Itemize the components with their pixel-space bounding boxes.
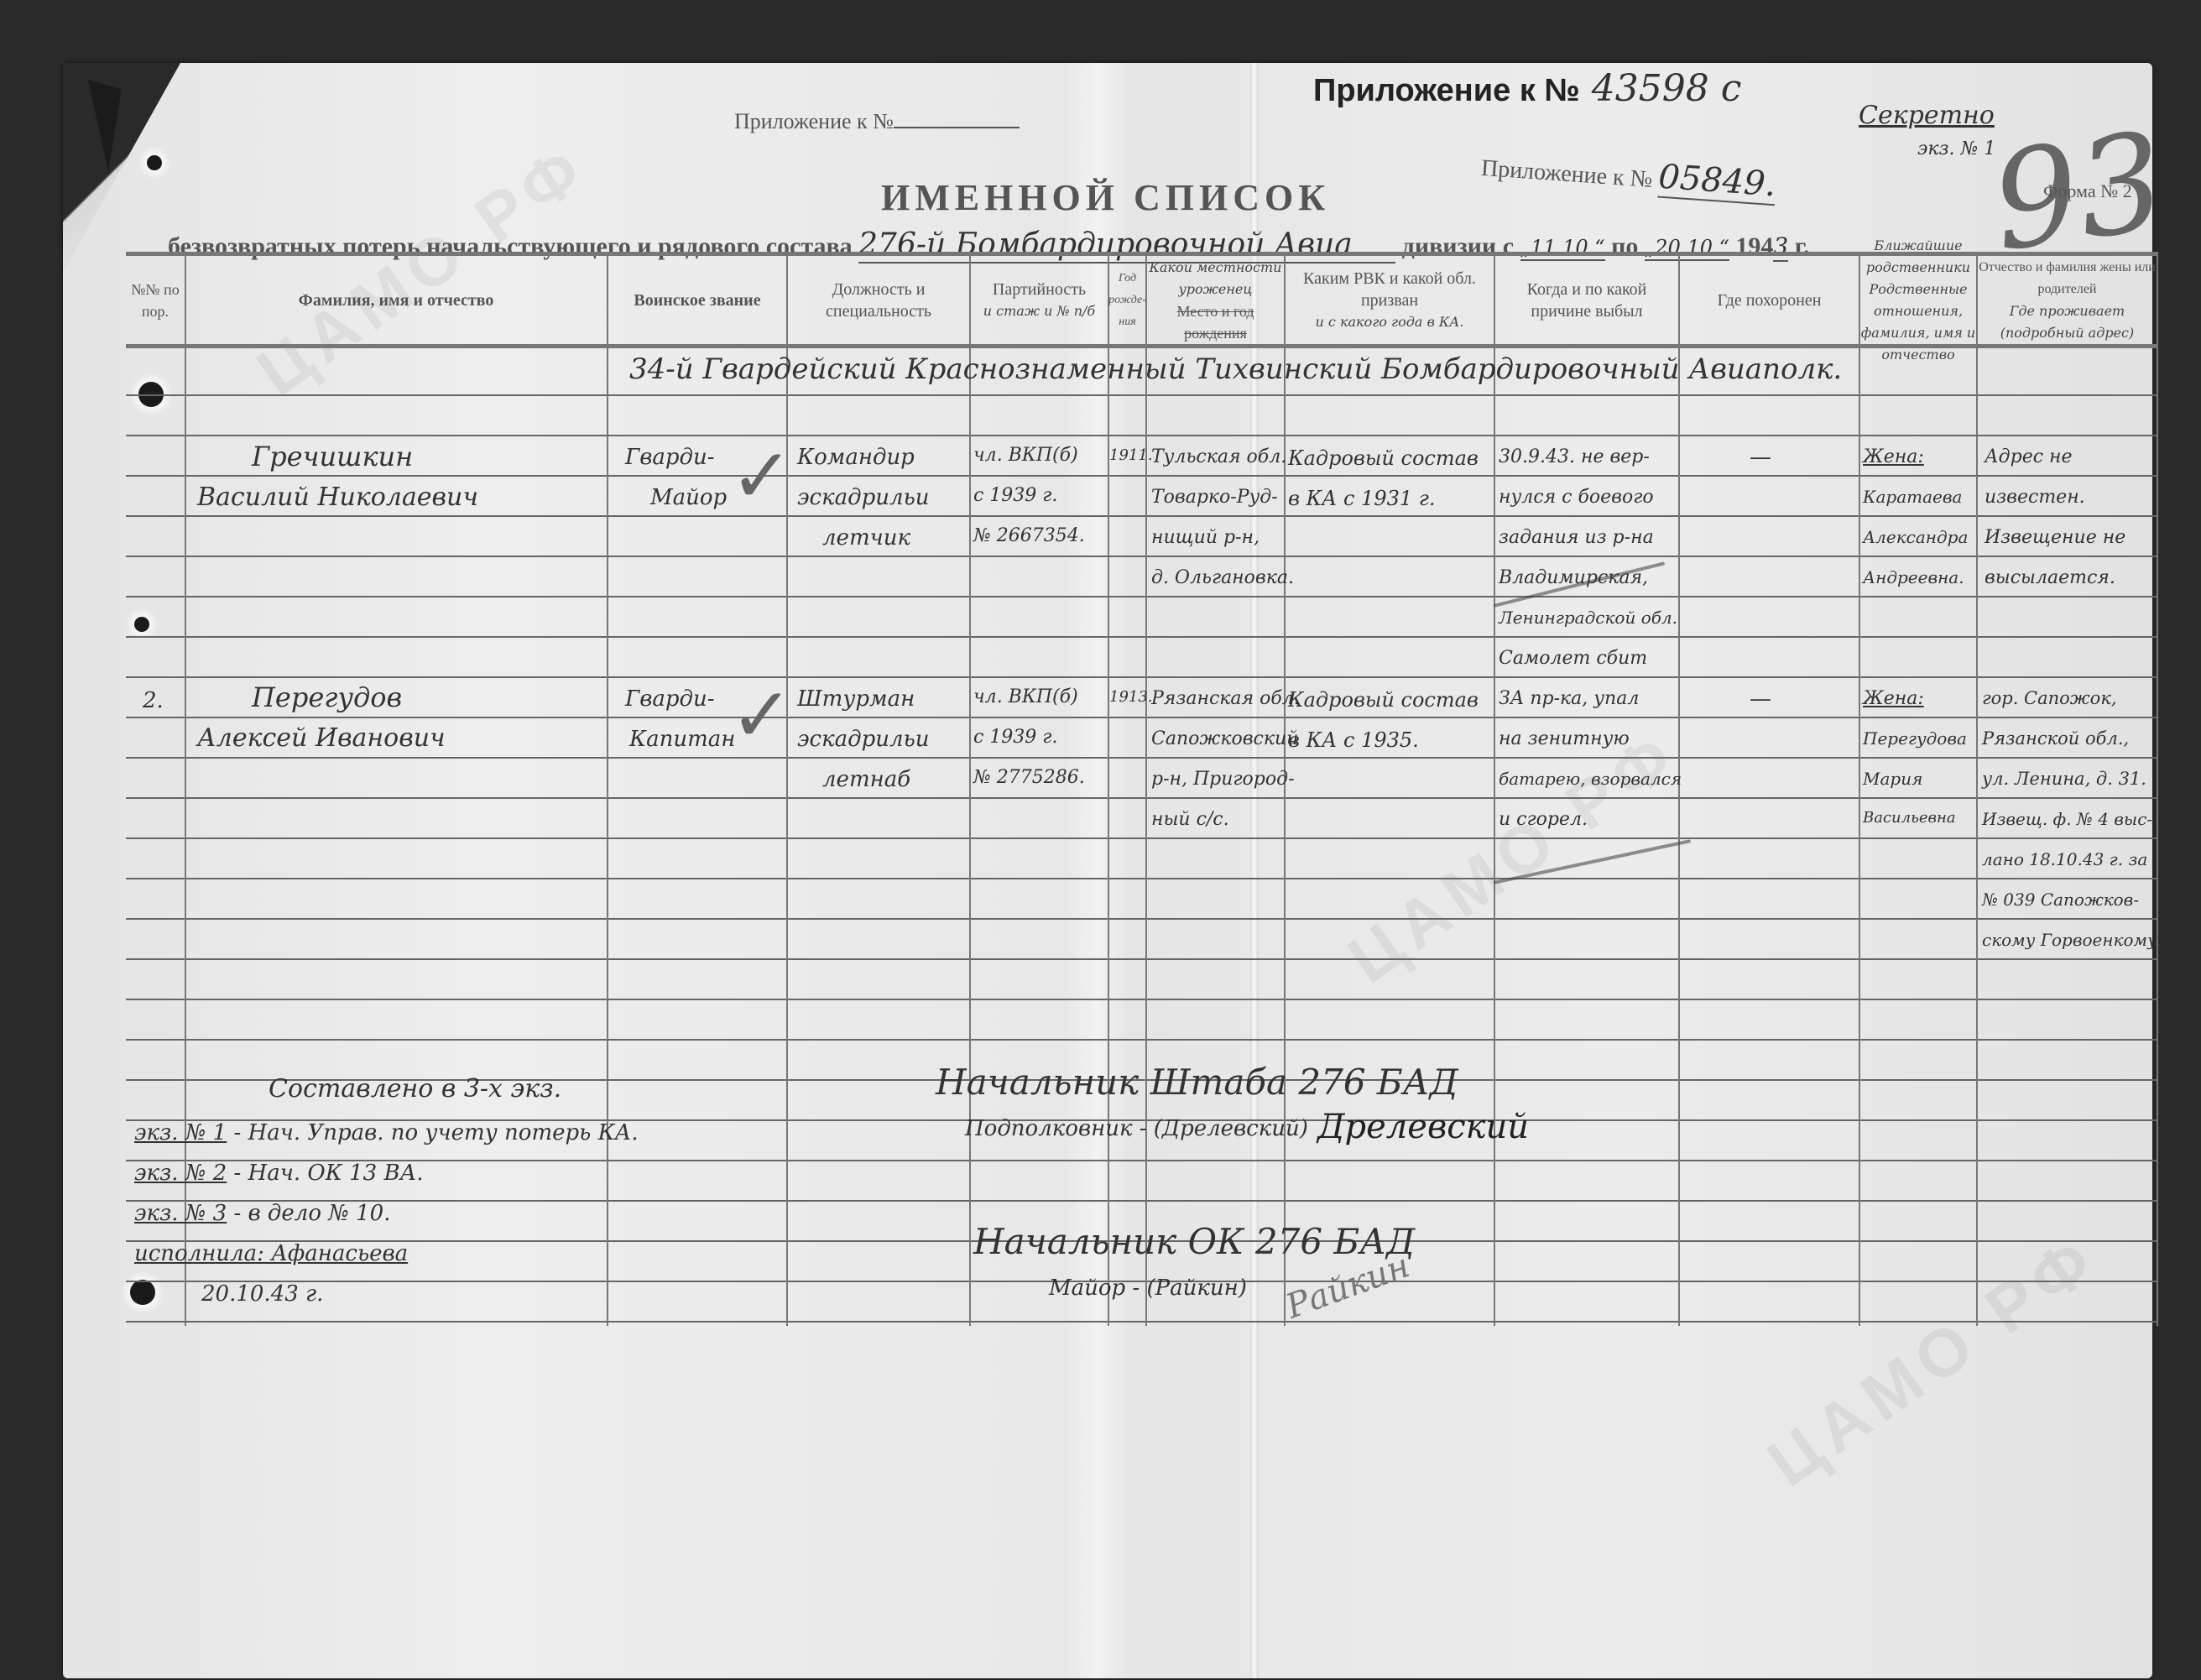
record-rank-2: Капитан [629, 727, 735, 752]
record-address-4: Извещ. ф. № 4 выс- [1982, 809, 2152, 829]
record-reason-2: ЗА пр-ка, упал [1499, 688, 1639, 709]
copies-title: Составлено в 3-х экз. [269, 1074, 561, 1103]
record-relative-3: Мария [1863, 769, 1922, 789]
record-position-3: летчик [822, 525, 910, 550]
copy-line-1: экз. № 1 - Нач. Управ. по учету потерь К… [134, 1120, 639, 1145]
col-name: Фамилия, имя и отчество [186, 256, 606, 344]
record-address-3: Извещение не [1985, 527, 2125, 548]
col-relative: Ближайшие родственники Родственные отнош… [1860, 256, 1976, 344]
annex-stamp: Приложение к № 43598 с [1313, 67, 1741, 110]
secret-mark: Секретно [1859, 101, 1995, 130]
folded-corner [63, 63, 180, 273]
record-relative-2: Перегудова [1863, 728, 1967, 749]
record-drafted-1: Кадровый состав [1288, 446, 1479, 470]
signature-block-2-title: Начальник ОК 276 БАД [973, 1221, 1415, 1262]
checkmark-icon: ✓ [730, 671, 793, 759]
col-birthplace: Какой местности уроженец Место и год рож… [1147, 256, 1284, 344]
record-birth-year: 1913. [1109, 688, 1153, 706]
record-address-1: Адрес не [1985, 446, 2073, 467]
record-address-2: известен. [1985, 487, 2085, 508]
record-address-2: Рязанской обл., [1982, 728, 2129, 749]
record-birthplace-3: р-н, Пригород- [1151, 769, 1295, 790]
record-number: 2. [143, 688, 164, 713]
record-rank-2: Майор [650, 485, 727, 510]
record-address-3: ул. Ленина, д. 31. [1982, 769, 2146, 789]
col-drafted: Каким РВК и какой обл. призван и с каког… [1286, 256, 1494, 344]
record-reason-1: Самолет сбит [1499, 648, 1647, 669]
checkmark-icon: ✓ [730, 432, 793, 520]
annex-printed: Приложение к № [734, 109, 1020, 134]
record-position-2: эскадрильи [797, 727, 929, 752]
executor: исполнила: Афанасьева [134, 1241, 408, 1266]
record-birthplace-1: Тульская обл. [1151, 446, 1286, 467]
record-address-1: гор. Сапожок, [1982, 688, 2117, 708]
col-number: №№ по пор. [126, 256, 185, 344]
record-address-7: скому Горвоенкому. [1982, 930, 2162, 950]
col-rank: Воинское звание [608, 256, 786, 344]
col-buried: Где похоронен [1680, 256, 1859, 344]
col-address: Отчество и фамилия жены или родителей Гд… [1978, 256, 2157, 344]
record-position-2: эскадрильи [797, 485, 929, 510]
executor-date: 20.10.43 г. [201, 1281, 323, 1307]
copy-number: экз. № 1 [1917, 138, 1995, 159]
record-drafted-2: в КА с 1935. [1288, 728, 1419, 752]
record-address-4: высылается. [1985, 567, 2115, 588]
col-party: Партийность и стаж и № п/б [971, 256, 1108, 344]
record-address-5: лано 18.10.43 г. за [1982, 849, 2147, 869]
record-birthplace-2: Сапожковский [1151, 728, 1298, 749]
record-relative-1: Жена: [1863, 688, 1924, 709]
col-birth-year: Год рожде-ния [1109, 256, 1145, 344]
record-position-3: летнаб [822, 767, 910, 792]
record-party-1: чл. ВКП(б) [973, 686, 1078, 707]
record-party-2: с 1939 г. [973, 727, 1057, 748]
record-birthplace-1: Рязанская обл. [1151, 688, 1300, 709]
record-birthplace-3: нищий р-н, [1151, 527, 1260, 548]
record-relative-4: Васильевна [1863, 809, 1956, 827]
record-surname: Гречишкин [252, 441, 413, 472]
record-relative-2: Каратаева [1863, 487, 1962, 507]
record-buried: — [1750, 445, 1771, 470]
record-birth-year: 1911. [1109, 446, 1153, 464]
record-drafted-1: Кадровый состав [1288, 688, 1479, 712]
signature-1: Дрелевский [1317, 1108, 1529, 1146]
col-reason: Когда и по какой причине выбыл [1495, 256, 1678, 344]
regiment-row: 34-й Гвардейский Краснознаменный Тихвинс… [629, 352, 1842, 386]
record-reason-5: Ленинградской обл. [1499, 608, 1677, 628]
record-birthplace-4: д. Ольгановка. [1151, 567, 1294, 588]
record-party-3: № 2667354. [973, 525, 1085, 546]
document-sheet: ЦАМО РФ ЦАМО РФ ЦАМО РФ Приложение к № П… [63, 63, 2152, 1678]
document-title: ИМЕННОЙ СПИСОК [881, 176, 1330, 219]
record-given-names: Василий Николаевич [197, 483, 478, 512]
form-number: Форма № 2 [2043, 180, 2132, 202]
record-position-1: Командир [797, 445, 915, 470]
record-drafted-2: в КА с 1931 г. [1288, 487, 1436, 510]
record-given-names: Алексей Иванович [197, 723, 446, 753]
punch-hole [147, 155, 162, 170]
record-reason-3: задания из р-на [1499, 527, 1654, 548]
record-reason-3: на зенитную [1499, 728, 1630, 749]
record-birthplace-4: ный с/с. [1151, 809, 1229, 830]
record-relative-3: Александра [1863, 527, 1968, 547]
record-rank-1: Гварди- [625, 445, 715, 470]
record-party-3: № 2775286. [973, 767, 1085, 788]
record-reason-2: нулся с боевого [1499, 487, 1654, 508]
copy-line-2: экз. № 2 - Нач. ОК 13 ВА. [134, 1161, 424, 1186]
col-position: Должность и специальность [788, 256, 969, 344]
record-address-6: № 039 Сапожков- [1982, 890, 2139, 910]
signature-block-1-name: Подполковник - (Дрелевский) [965, 1116, 1308, 1141]
record-reason-5: и сгорел. [1499, 809, 1588, 830]
record-party-1: чл. ВКП(б) [973, 445, 1078, 466]
record-buried: — [1750, 686, 1771, 712]
losses-table: №№ по пор. Фамилия, имя и отчество Воинс… [126, 252, 2157, 1326]
record-position-1: Штурман [797, 686, 915, 712]
record-reason-1: 30.9.43. не вер- [1499, 446, 1650, 467]
record-birthplace-2: Товарко-Руд- [1151, 487, 1278, 508]
annex-second: Приложение к № 05849. [1480, 145, 1777, 206]
record-relative-4: Андреевна. [1863, 567, 1964, 587]
record-party-2: с 1939 г. [973, 485, 1057, 506]
record-rank-1: Гварди- [625, 686, 715, 712]
record-reason-4: батарею, взорвался [1499, 769, 1682, 789]
copy-line-3: экз. № 3 - в дело № 10. [134, 1201, 391, 1226]
record-surname: Перегудов [252, 681, 402, 713]
signature-block-1-title: Начальник Штаба 276 БАД [936, 1062, 1458, 1103]
signature-block-2-name: Майор - (Райкин) [1049, 1276, 1247, 1301]
record-relative-1: Жена: [1863, 446, 1924, 467]
